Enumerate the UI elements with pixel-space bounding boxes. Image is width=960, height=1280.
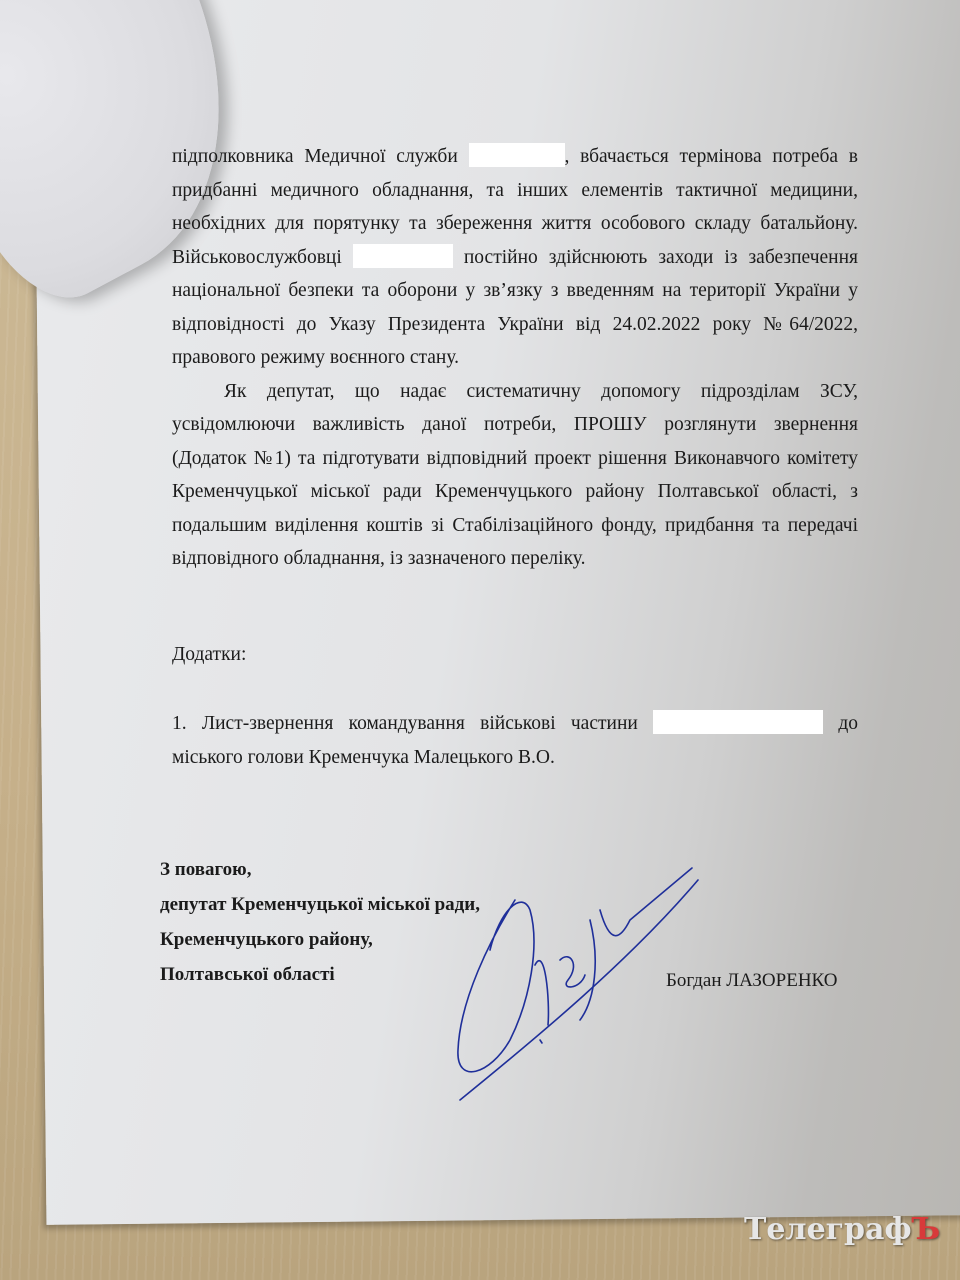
attachment-item-1: 1. Лист-звернення командування військові… (172, 707, 858, 774)
paragraph-request: Як депутат, що надає систематичну допомо… (172, 375, 858, 576)
attachments-heading: Додатки: (172, 638, 858, 672)
redacted-block (469, 143, 565, 167)
document-body: підполковника Медичної служби , вбачаєть… (172, 140, 858, 774)
telegraf-watermark-logo: ТелеграфЪ (744, 1212, 940, 1247)
redacted-block (353, 244, 453, 268)
paragraph-medical-need: підполковника Медичної служби , вбачаєть… (172, 140, 858, 375)
signer-name: Богдан ЛАЗОРЕНКО (666, 970, 837, 992)
redacted-block (653, 710, 823, 734)
